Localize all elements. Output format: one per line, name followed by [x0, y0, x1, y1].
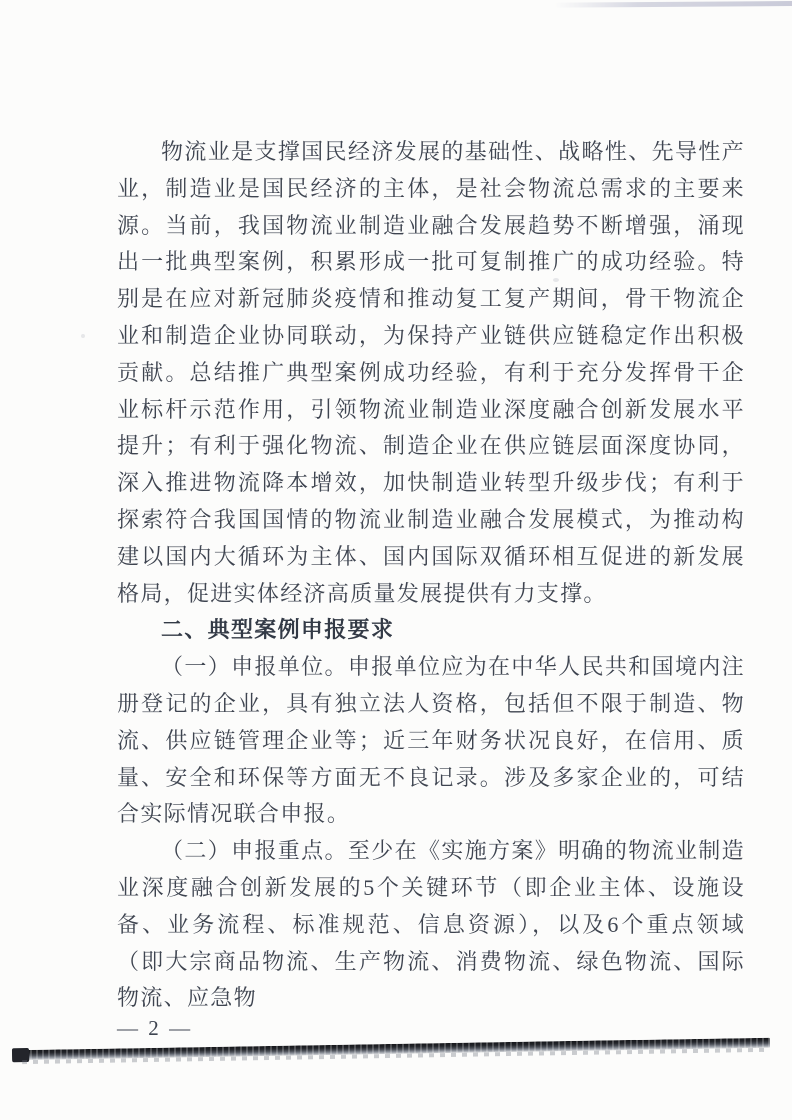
scanned-document-page: 物流业是支撑国民经济发展的基础性、战略性、先导性产业，制造业是国民经济的主体，是… [0, 0, 792, 1120]
document-body: 物流业是支撑国民经济发展的基础性、战略性、先导性产业，制造业是国民经济的主体，是… [117, 134, 745, 1047]
paragraph-intro: 物流业是支撑国民经济发展的基础性、战略性、先导性产业，制造业是国民经济的主体，是… [117, 134, 745, 612]
scan-artifact-top-edge [554, 1, 792, 8]
section-heading-application-requirements: 二、典型案例申报要求 [117, 612, 745, 649]
paragraph-application-focus: （二）申报重点。至少在《实施方案》明确的物流业制造业深度融合创新发展的5个关键环… [117, 833, 745, 1017]
scan-speck [81, 334, 85, 338]
paragraph-application-unit: （一）申报单位。申报单位应为在中华人民共和国境内注册登记的企业，具有独立法人资格… [117, 649, 745, 833]
